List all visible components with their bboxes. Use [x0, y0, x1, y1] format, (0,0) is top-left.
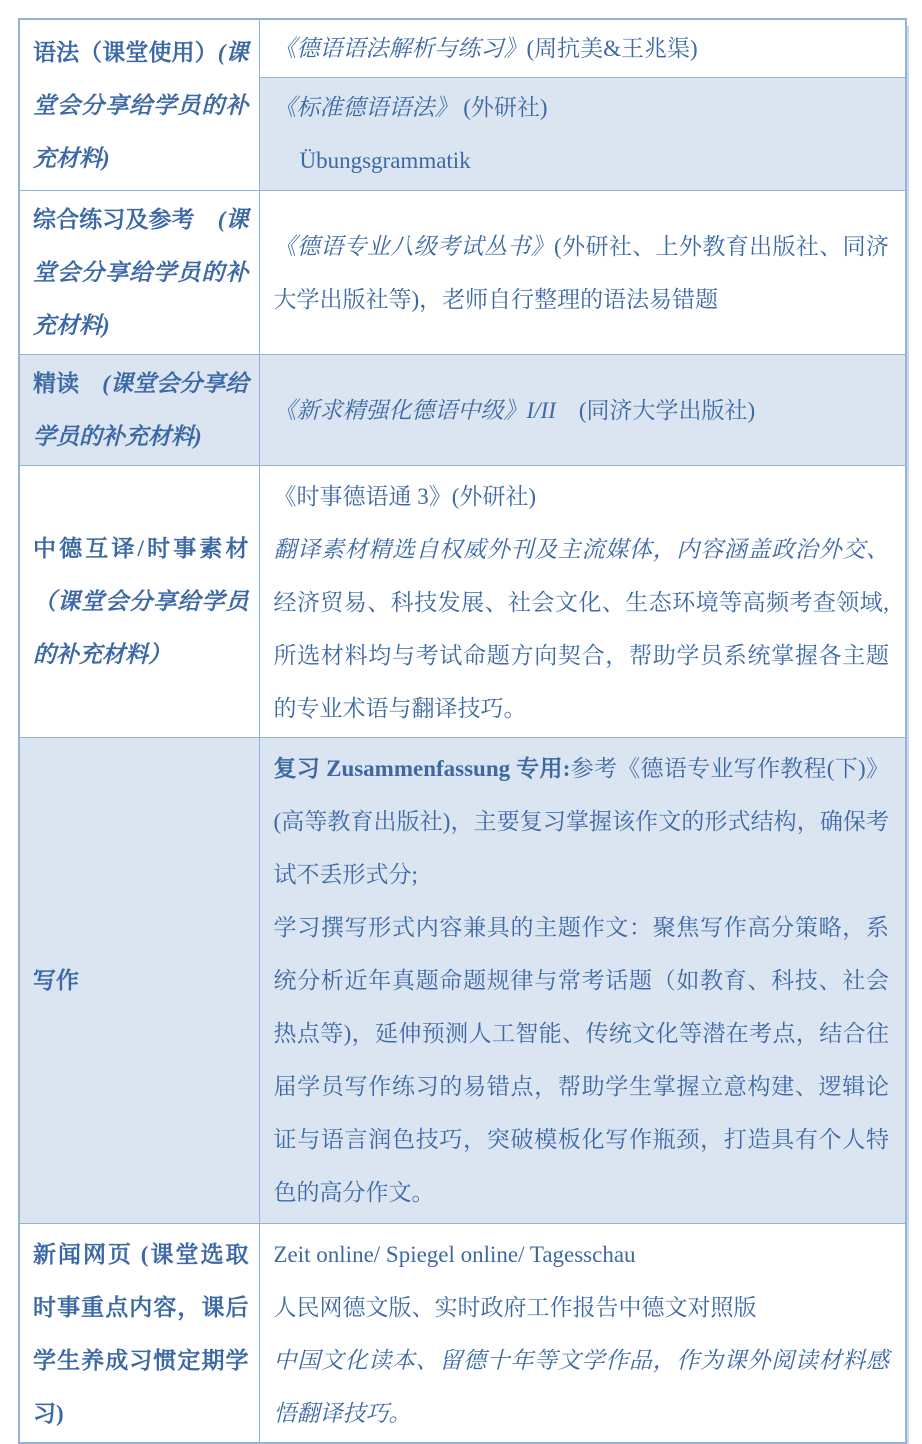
table-row: 语法（课堂使用）(课堂会分享给学员的补充材料) 《德语语法解析与练习》(周抗美&… [19, 19, 906, 78]
book-title: 《标准德语语法》 [274, 95, 458, 120]
book-extra: Übungsgrammatik [274, 134, 890, 187]
book-title: 《新求精强化德语中级》I/II [274, 398, 556, 423]
book-publisher: (外研社) [458, 95, 548, 120]
materials-cell: 《标准德语语法》 (外研社) Übungsgrammatik [259, 78, 906, 191]
category-title: 综合练习及参考 [33, 207, 195, 232]
category-gap [195, 207, 218, 232]
description-rest: 经济贸易、科技发展、社会文化、生态环境等高频考查领域,所选材料均与考试命题方向契… [274, 590, 890, 721]
materials-cell: Zeit online/ Spiegel online/ Tagesschau … [259, 1224, 906, 1444]
category-gap [79, 371, 102, 396]
category-title: 写作 [33, 968, 79, 993]
news-extra-reading: 中国文化读本、留德十年等文学作品，作为课外阅读材料感悟翻译技巧。 [274, 1334, 890, 1440]
news-sources-chinese: 人民网德文版、实时政府工作报告中德文对照版 [274, 1281, 890, 1334]
book-entry: 《时事德语通 3》(外研社) [274, 470, 890, 523]
course-materials-table: 语法（课堂使用）(课堂会分享给学员的补充材料) 《德语语法解析与练习》(周抗美&… [18, 18, 907, 1444]
category-cell-reading: 精读 (课堂会分享给学员的补充材料) [19, 355, 259, 466]
table-row: 中德互译/时事素材（课堂会分享给学员的补充材料） 《时事德语通 3》(外研社) … [19, 466, 906, 738]
category-note: （课堂会分享给学员的补充材料） [33, 589, 249, 667]
category-cell-news: 新闻网页 (课堂选取时事重点内容，课后学生养成习惯定期学习) [19, 1224, 259, 1444]
writing-paragraph-2: 学习撰写形式内容兼具的主题作文：聚焦写作高分策略，系统分析近年真题命题规律与常考… [274, 901, 890, 1219]
materials-cell: 《新求精强化德语中级》I/II (同济大学出版社) [259, 355, 906, 466]
description-italic: 翻译素材精选自权威外刊及主流媒体，内容涵盖政治外交、 [274, 537, 890, 562]
category-cell-grammar: 语法（课堂使用）(课堂会分享给学员的补充材料) [19, 19, 259, 191]
category-cell-translation: 中德互译/时事素材（课堂会分享给学员的补充材料） [19, 466, 259, 738]
book-publisher: (周抗美&王兆渠) [527, 36, 698, 61]
materials-cell: 《德语专业八级考试丛书》(外研社、上外教育出版社、同济大学出版社等)，老师自行整… [259, 191, 906, 355]
category-title: 语法（课堂使用） [33, 40, 218, 65]
book-publisher: (同济大学出版社) [556, 398, 755, 423]
materials-cell: 《德语语法解析与练习》(周抗美&王兆渠) [259, 19, 906, 78]
book-title: 《德语语法解析与练习》 [274, 36, 527, 61]
writing-paragraph-1: 复习 Zusammenfassung 专用:参考《德语专业写作教程(下)》 (高… [274, 742, 890, 901]
category-cell-comprehensive: 综合练习及参考 (课堂会分享给学员的补充材料) [19, 191, 259, 355]
news-sources-german: Zeit online/ Spiegel online/ Tagesschau [274, 1228, 890, 1281]
book-title: 《德语专业八级考试丛书》 [274, 234, 555, 259]
book-entry: 《德语语法解析与练习》(周抗美&王兆渠) [274, 22, 890, 75]
category-cell-writing: 写作 [19, 738, 259, 1224]
table-row: 综合练习及参考 (课堂会分享给学员的补充材料) 《德语专业八级考试丛书》(外研社… [19, 191, 906, 355]
table-row: 写作 复习 Zusammenfassung 专用:参考《德语专业写作教程(下)》… [19, 738, 906, 1224]
book-entry: 《新求精强化德语中级》I/II (同济大学出版社) [274, 384, 890, 437]
book-entry: 《德语专业八级考试丛书》(外研社、上外教育出版社、同济大学出版社等)，老师自行整… [274, 220, 890, 326]
paragraph-lead: 复习 Zusammenfassung 专用: [274, 756, 571, 781]
book-entry: 《标准德语语法》 (外研社) [274, 81, 890, 134]
category-title: 中德互译/时事素材 [33, 536, 249, 561]
table-row: 精读 (课堂会分享给学员的补充材料) 《新求精强化德语中级》I/II (同济大学… [19, 355, 906, 466]
materials-description: 翻译素材精选自权威外刊及主流媒体，内容涵盖政治外交、经济贸易、科技发展、社会文化… [274, 523, 890, 735]
category-title: 精读 [33, 371, 79, 396]
category-title: 新闻网页 (课堂选取时事重点内容，课后学生养成习惯定期学习) [33, 1242, 249, 1426]
materials-cell: 《时事德语通 3》(外研社) 翻译素材精选自权威外刊及主流媒体，内容涵盖政治外交… [259, 466, 906, 738]
document-page: 语法（课堂使用）(课堂会分享给学员的补充材料) 《德语语法解析与练习》(周抗美&… [18, 18, 907, 1444]
table-row: 新闻网页 (课堂选取时事重点内容，课后学生养成习惯定期学习) Zeit onli… [19, 1224, 906, 1444]
materials-cell: 复习 Zusammenfassung 专用:参考《德语专业写作教程(下)》 (高… [259, 738, 906, 1224]
